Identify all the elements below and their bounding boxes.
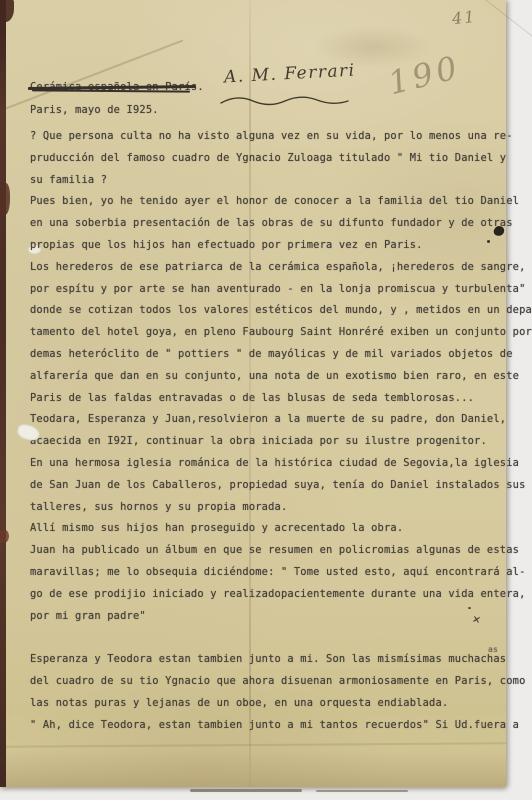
typed-line: acaecida en I92I, continuar la obra inic… bbox=[30, 431, 508, 453]
typed-line: donde se cotizan todos los valores estét… bbox=[30, 300, 508, 322]
scanned-letter-page: { "document": { "corner_mark": "41", "pa… bbox=[0, 0, 532, 800]
typed-line: Los herederos de ese patriarca de la cer… bbox=[30, 257, 508, 279]
horizontal-fold-crease bbox=[0, 742, 506, 748]
typed-line: demas heteróclito de " pottiers " de may… bbox=[30, 344, 508, 366]
top-left-red-mark bbox=[0, 0, 14, 22]
diagonal-crease-top-right bbox=[471, 0, 532, 45]
left-edge-small-red-mark bbox=[0, 530, 9, 543]
typed-line: Allí mismo sus hijos han proseguido y ac… bbox=[30, 518, 508, 540]
typed-line: Esperanza y Teodora estan tambien junto … bbox=[30, 649, 508, 671]
typed-line: En una hermosa iglesia románica de la hi… bbox=[30, 453, 508, 475]
typed-line: Pues bien, yo he tenido ayer el honor de… bbox=[30, 191, 508, 213]
typed-line: pruducción del famoso cuadro de Ygnacio … bbox=[30, 148, 508, 170]
typed-line: go de ese prodijio iniciado y realizadop… bbox=[30, 584, 508, 606]
handwritten-signature: A. M. Ferrari bbox=[224, 61, 357, 88]
margin-dot bbox=[468, 607, 471, 609]
typed-line bbox=[30, 627, 508, 649]
typed-line: Juan ha publicado un álbum en que se res… bbox=[30, 540, 508, 562]
typed-line: en una soberbia presentación de las obra… bbox=[30, 213, 508, 235]
typed-line: de San Juan de los Caballeros, propiedad… bbox=[30, 475, 508, 497]
typed-line: maravillas; me lo obsequia diciéndome: "… bbox=[30, 562, 508, 584]
bottom-edge-shadow-dash bbox=[316, 790, 408, 792]
typed-line: alfarería que dan en su conjunto, una no… bbox=[30, 366, 508, 388]
bottom-fold-shadow bbox=[0, 750, 506, 787]
typed-line: Teodara, Esperanza y Juan,resolvieron a … bbox=[30, 409, 508, 431]
typed-line: " Ah, dice Teodora, estan tambien junto … bbox=[30, 715, 508, 737]
typed-line: tamento del hotel goya, en pleno Faubour… bbox=[30, 322, 508, 344]
bleedthrough-text: as bbox=[488, 645, 498, 654]
left-edge-red-mark bbox=[0, 183, 10, 215]
left-scan-edge-strip bbox=[0, 0, 6, 787]
typed-body: ? Que persona culta no ha visto alguna v… bbox=[30, 126, 508, 736]
typed-line: ? Que persona culta no ha visto alguna v… bbox=[30, 126, 508, 148]
ink-blot-dot bbox=[487, 240, 490, 243]
typed-line: su familia ? bbox=[30, 170, 508, 192]
signature-underline-flourish bbox=[219, 94, 351, 108]
typed-line: por espítu y por arte se han aventurado … bbox=[30, 279, 508, 301]
paper-sheet: 41 190 Cerámica española en París. A. M.… bbox=[0, 0, 506, 787]
bottom-edge-shadow-dash bbox=[190, 789, 302, 792]
typed-line: por mi gran padre" bbox=[30, 606, 508, 628]
struck-out-title: Cerámica española en París. bbox=[30, 81, 204, 93]
dateline: Paris, mayo de I925. bbox=[30, 104, 159, 116]
typed-line: talleres, sus hornos y su propia morada. bbox=[30, 497, 508, 519]
typed-line: Paris de las faldas entravadas o de las … bbox=[30, 388, 508, 410]
typed-line: propias que los hijos han efectuado por … bbox=[30, 235, 508, 257]
pencil-corner-mark: 41 bbox=[451, 7, 477, 28]
typed-line: las notas puras y lejanas de un oboe, en… bbox=[30, 693, 508, 715]
typed-line: del cuadro de su tio Ygnacio que ahora d… bbox=[30, 671, 508, 693]
